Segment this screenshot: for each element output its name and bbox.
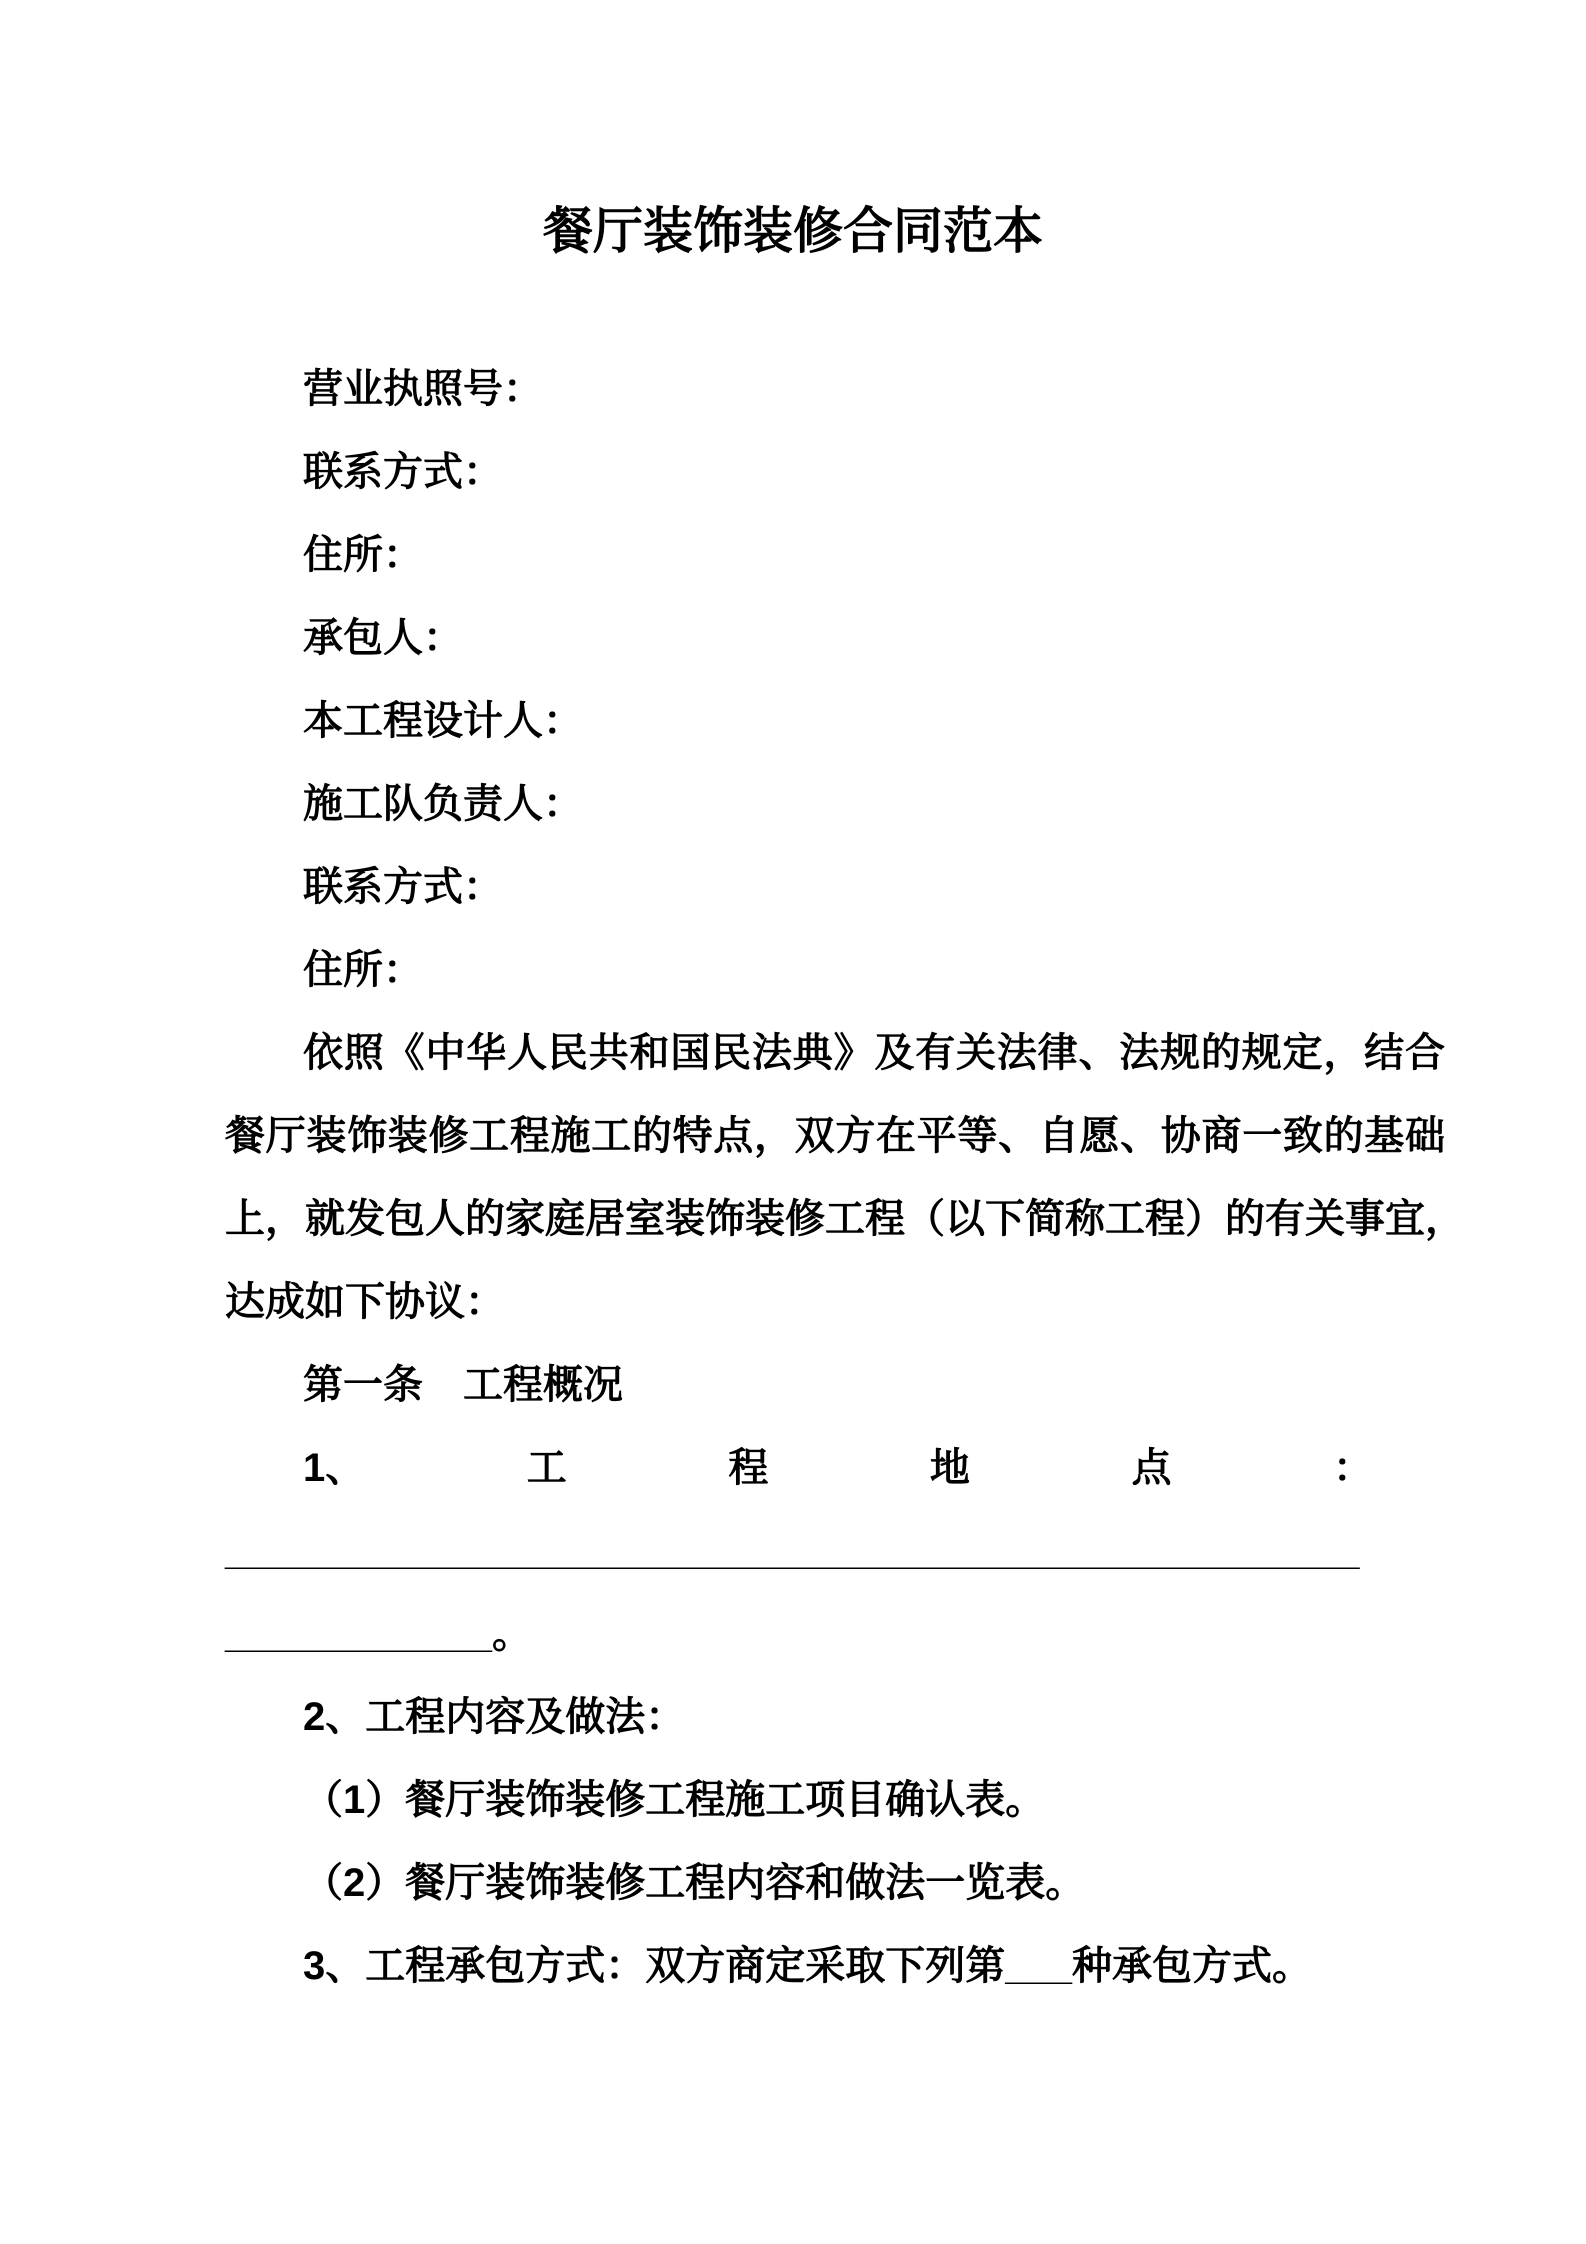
clause-1-unit-1: 1、 (303, 1427, 365, 1510)
intro-paragraph-line-3: 上，就发包人的家庭居室装饰装修工程（以下简称工程）的有关事宜， (225, 1178, 1445, 1261)
clause-2-item-2: （2）餐厅装饰装修工程内容和做法一览表。 (225, 1842, 1445, 1925)
article-1-heading: 第一条 工程概况 (225, 1344, 1445, 1427)
clause-1-unit-6: ： (1333, 1427, 1373, 1510)
intro-paragraph-line-2: 餐厅装饰装修工程施工的特点，双方在平等、自愿、协商一致的基础 (225, 1095, 1445, 1178)
clause-1-project-location: 1、 工 程 地 点 ： (225, 1427, 1445, 1510)
clause-1-unit-5: 点 (1131, 1427, 1171, 1510)
document-body: 营业执照号： 联系方式： 住所： 承包人： 本工程设计人： 施工队负责人： 联系… (225, 348, 1445, 2008)
document-title: 餐厅装饰装修合同范本 (0, 0, 1586, 262)
field-contact-method-2: 联系方式： (225, 846, 1445, 929)
clause-3-contracting-method: 3、工程承包方式：双方商定采取下列第___种承包方式。 (225, 1925, 1445, 2008)
field-contractor: 承包人： (225, 597, 1445, 680)
clause-1-unit-3: 程 (728, 1427, 768, 1510)
contract-page: 餐厅装饰装修合同范本 营业执照号： 联系方式： 住所： 承包人： 本工程设计人：… (0, 0, 1586, 2244)
clause-1-unit-4: 地 (930, 1427, 970, 1510)
field-business-license-no: 营业执照号： (225, 348, 1445, 431)
field-address-1: 住所： (225, 514, 1445, 597)
field-contact-method-1: 联系方式： (225, 431, 1445, 514)
clause-1-unit-2: 工 (527, 1427, 567, 1510)
clause-2-item-1: （1）餐厅装饰装修工程施工项目确认表。 (225, 1759, 1445, 1842)
intro-paragraph-line-1: 依照《中华人民共和国民法典》及有关法律、法规的规定，结合 (225, 1012, 1445, 1095)
intro-paragraph-line-4: 达成如下协议： (225, 1261, 1445, 1344)
field-project-designer: 本工程设计人： (225, 680, 1445, 763)
blank-underline-short: ____________。 (225, 1593, 1445, 1676)
field-construction-team-leader: 施工队负责人： (225, 763, 1445, 846)
blank-underline-full: ________________________________________… (225, 1510, 1445, 1593)
field-address-2: 住所： (225, 929, 1445, 1012)
clause-2-heading: 2、工程内容及做法： (225, 1676, 1445, 1759)
